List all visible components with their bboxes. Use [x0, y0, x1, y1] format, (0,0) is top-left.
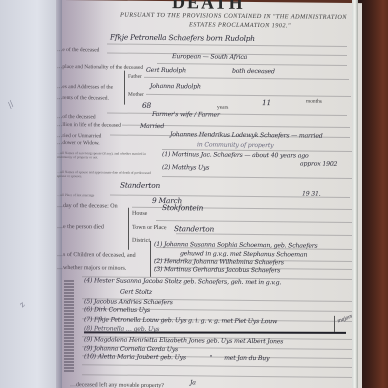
left-page-mark: z: [17, 300, 27, 309]
movable-property-value: Ja: [190, 379, 196, 386]
child-entry-4-cont: Gert Stoltz: [120, 289, 152, 296]
occupation-value: Farmer's wife / Farmer: [152, 111, 220, 119]
date-of-death-label: …day of the decease: On: [57, 203, 118, 210]
rule: [144, 77, 349, 80]
date-of-death-year: 19 31.: [302, 191, 320, 198]
parents-note: both deceased: [232, 68, 275, 75]
town-label: Town or Place: [132, 225, 167, 231]
child-entry-11: (10) Aletta Maria Joubert geb. Uys " met…: [84, 353, 269, 362]
movable-property-label: …deceased left any movable property?: [70, 382, 164, 388]
header-line-1: PURSUANT TO THE PROVISIONS CONTAINED IN …: [120, 12, 347, 21]
child-entry-2: (2) Hendrika Johanna Wilhelmina Schaefer…: [154, 258, 284, 266]
mother-value: Johanna Rudolph: [150, 83, 201, 91]
children-bracket: [150, 241, 151, 277]
age-label: …of the deceased: [57, 114, 96, 120]
marital-label-1: …ried or Unmarried: [57, 133, 101, 139]
child-entry-9: (9) Magdalena Henrietta Elizabeth Jones …: [84, 336, 283, 345]
predeceased-spouse-value-1: (1) Martinus Jac. Schaefers — about 40 y…: [162, 151, 308, 160]
rule: [156, 220, 352, 223]
district-value: Standerton: [174, 224, 214, 233]
occupation-label: …llion in life of the deceased: [57, 122, 121, 129]
surviving-spouse-value-2: in Community of property: [197, 141, 273, 149]
parents-label-1: …es and Addresses of the: [57, 84, 113, 91]
predeceased-spouse-value-2: (2) Matthys Uys: [162, 164, 209, 171]
birthplace-value: European — South Africa: [172, 53, 247, 61]
strikethrough-line: [84, 331, 346, 333]
death-notice-page: DEATH PURSUANT TO THE PROVISIONS CONTAIN…: [62, 0, 362, 388]
rule: [157, 63, 347, 66]
age-years-value: 68: [142, 101, 151, 110]
page-edge: [352, 0, 358, 388]
child-entry-7: (7) Ffkje Petronella Louw geb. Uys g. i.…: [84, 316, 277, 325]
age-years-label: years: [217, 105, 228, 111]
parents-label-2: …rents of the deceased.: [57, 95, 109, 102]
birthplace-label: …place and Nationality of the deceased: [57, 64, 143, 71]
place-of-death-label: …e the person died: [57, 224, 104, 230]
name-label: …e of the deceased: [57, 47, 99, 53]
side-margin-note: Should any portion of this be exceeded a…: [64, 280, 74, 372]
left-page-mark: //: [6, 100, 16, 110]
child-entry-3: (3) Martinus Gerhardus Jacobus Schaefers: [154, 266, 280, 274]
rule: [162, 176, 352, 179]
age-months-value: 11: [262, 98, 271, 107]
mother-label: Mother: [128, 92, 144, 98]
child-entry-10: (9) Johanna Cornelia Gerda Uys: [84, 345, 178, 353]
child-entry-1: (1) Johanna Susanna Sophia Schoeman, geb…: [154, 241, 318, 250]
children-label-1: …s of Children of deceased, and: [57, 252, 136, 259]
rule: [176, 233, 352, 236]
majors-bracket: [334, 316, 335, 332]
parents-bracket: [124, 71, 125, 105]
child-entry-6: (6) Dirk Cornelius Uys: [84, 306, 150, 314]
marital-label-2: …dower or Widow.: [57, 140, 100, 146]
child-entry-4: (4) Hester Susanna Jacoba Stoltz geb. Sc…: [84, 277, 281, 286]
child-entry-5: (5) Jacobus Andries Schaefers: [84, 298, 173, 306]
header-line-2: ESTATES PROCLAMATION 1902.": [189, 21, 291, 29]
father-value: Gert Rudolph: [146, 67, 186, 74]
rule: [82, 374, 354, 378]
house-value: Stokfontein: [162, 203, 203, 212]
place-bracket: [128, 208, 129, 250]
surviving-spouse-label: …ull Names of surviving spouse (if any),…: [57, 151, 152, 160]
left-page: // z: [0, 0, 62, 388]
marriage-place-label: …ull Place of last marriage: [57, 193, 94, 197]
house-label: House: [132, 211, 147, 217]
marriage-place-value: Standerton: [120, 181, 160, 190]
child-entry-1-cont: gehuwd in g.v.g. met Stephanus Schoeman: [180, 250, 307, 258]
rule: [107, 43, 347, 47]
marital-value: Married: [140, 123, 164, 130]
children-label-2: …whether majors or minors.: [57, 265, 126, 272]
rule: [146, 94, 351, 97]
district-label: District: [132, 238, 150, 244]
name-value: Ffkje Petronella Schaefers born Rudolph: [110, 33, 255, 44]
surviving-spouse-value-1: Johannes Hendrikus Lodewyk Schaefers — m…: [170, 131, 323, 140]
father-label: Father: [128, 74, 142, 80]
age-months-label: months: [306, 99, 322, 105]
predeceased-spouse-label: …ull Names of spouse and approximate dat…: [57, 170, 152, 179]
predeceased-spouse-note: approx 1902: [300, 160, 337, 167]
rule: [107, 112, 347, 116]
rule: [82, 364, 354, 368]
